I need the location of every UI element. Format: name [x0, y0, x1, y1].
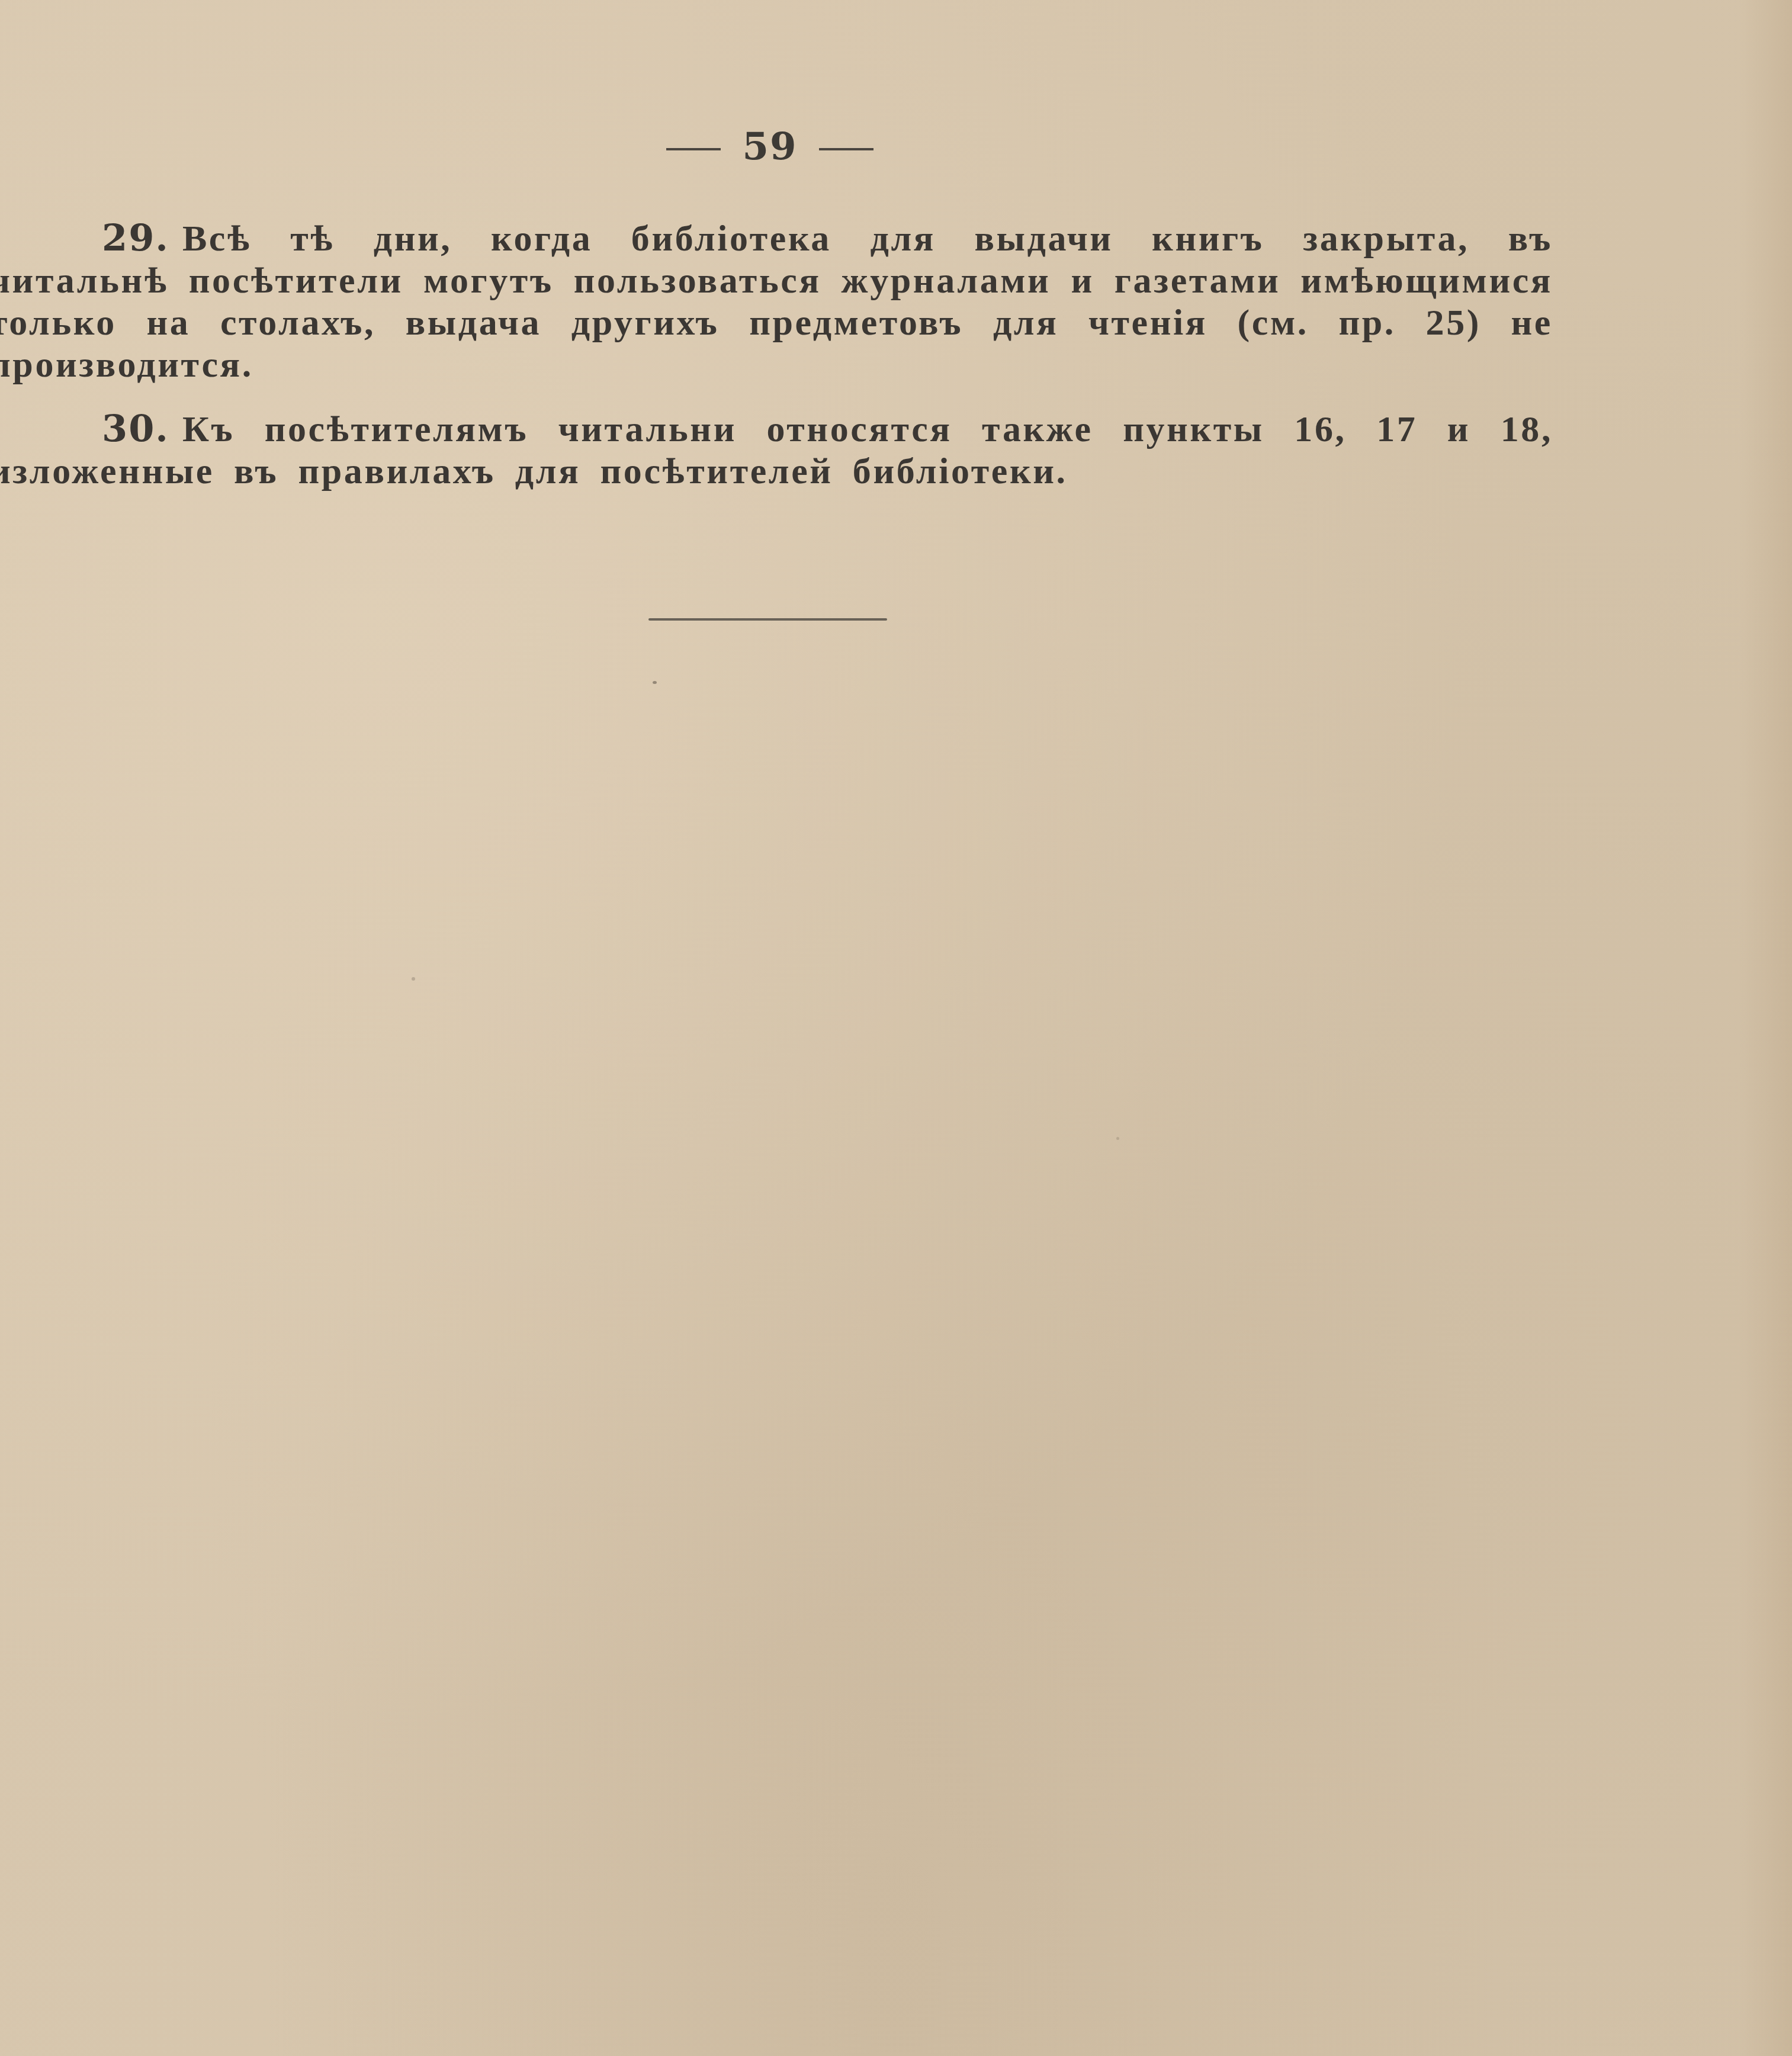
paper-speck: [412, 977, 415, 981]
paragraph-number: 29.: [102, 216, 169, 259]
page-number-dash-left: [666, 148, 721, 150]
paragraph-29: 29.Всѣ тѣ дни, когда библіотека для выда…: [0, 217, 1553, 386]
paragraph-text: Всѣ тѣ дни, когда библіотека для выдачи …: [0, 219, 1553, 385]
paragraph-number: 30.: [102, 407, 169, 450]
page-body: 29.Всѣ тѣ дни, когда библіотека для выда…: [0, 217, 1553, 493]
paper-speck: [653, 681, 657, 684]
paragraph-30: 30.Къ посѣтителямъ читальни относятся та…: [0, 407, 1553, 493]
section-divider-rule: [648, 618, 887, 621]
page-number: 59: [742, 124, 797, 169]
page-number-header: 59: [0, 124, 1540, 169]
page-edge-shadow: [1739, 0, 1792, 2056]
page-number-dash-right: [819, 148, 873, 150]
paragraph-text: Къ посѣтителямъ читальни относятся также…: [0, 409, 1553, 491]
paper-speck: [1116, 1137, 1119, 1140]
